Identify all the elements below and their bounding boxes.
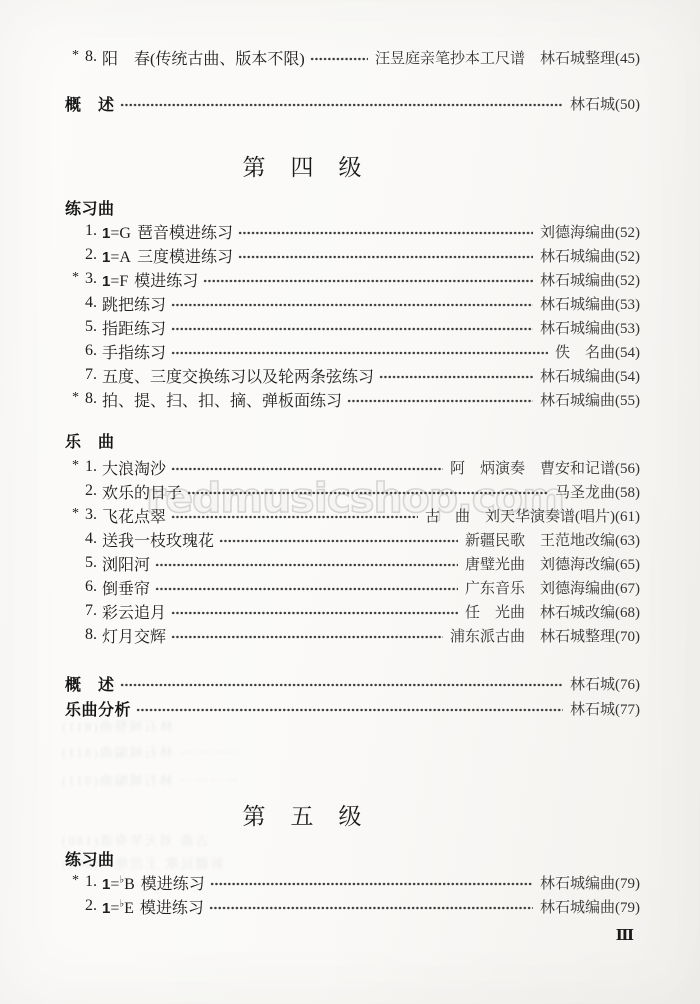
key-signature: 1=A bbox=[102, 249, 131, 266]
toc-entry: 6.手指练习佚 名曲(54) bbox=[65, 339, 640, 363]
toc-content: *8.阳 春(传统古曲、版本不限)汪昱庭亲笔抄本工尺谱 林石城整理(45) 概 … bbox=[0, 0, 700, 918]
dot-leader bbox=[219, 527, 458, 551]
dot-leader bbox=[238, 243, 533, 267]
star-marker: * bbox=[72, 48, 84, 64]
toc-entry: *3.1=F模进练习林石城编曲(52) bbox=[65, 267, 640, 291]
entry-number: 5. bbox=[85, 318, 97, 336]
dot-leader bbox=[155, 575, 458, 599]
entry-number: 5. bbox=[85, 554, 97, 572]
level4-piece-entries: *1.大浪淘沙阿 炳演奏 曹安和记谱(56)2.欢乐的日子马圣龙曲(58)*3.… bbox=[65, 455, 640, 647]
etudes-section-row-level5: 练习曲 bbox=[65, 846, 640, 870]
dot-leader bbox=[209, 894, 533, 918]
toc-entry: 2.欢乐的日子马圣龙曲(58) bbox=[65, 479, 640, 503]
dot-leader bbox=[120, 91, 563, 115]
top-entries: *8.阳 春(传统古曲、版本不限)汪昱庭亲笔抄本工尺谱 林石城整理(45) bbox=[65, 45, 640, 69]
entry-title: 飞花点翠 bbox=[102, 504, 166, 527]
overview-row-level3: 概 述 林石城(50) bbox=[65, 91, 640, 115]
overview-label: 概 述 bbox=[65, 92, 115, 115]
dot-leader bbox=[187, 479, 548, 503]
entry-number: 4. bbox=[85, 294, 97, 312]
toc-entry: *3.飞花点翠古 曲 刘天华演奏谱(唱片)(61) bbox=[65, 503, 640, 527]
entry-number: 4. bbox=[85, 530, 97, 548]
dot-leader bbox=[136, 696, 563, 720]
entry-title: 五度、三度交换练习以及轮两条弦练习 bbox=[102, 364, 374, 387]
dot-leader bbox=[347, 387, 533, 411]
etudes-section-row: 练习曲 bbox=[65, 195, 640, 219]
toc-entry: 6.倒垂帘广东音乐 刘德海编曲(67) bbox=[65, 575, 640, 599]
entry-attribution: 阿 炳演奏 曹安和记谱(56) bbox=[450, 457, 640, 478]
pieces-section-row: 乐 曲 bbox=[65, 428, 640, 452]
entry-attribution: 汪昱庭亲笔抄本工尺谱 林石城整理(45) bbox=[375, 47, 640, 68]
dot-leader bbox=[155, 551, 458, 575]
dot-leader bbox=[171, 599, 458, 623]
entry-number: 1. bbox=[85, 458, 97, 476]
entry-number: 6. bbox=[85, 578, 97, 596]
entry-title: 跳把练习 bbox=[102, 292, 166, 315]
toc-entry: *8.拍、提、扫、扣、摘、弹板面练习林石城编曲(55) bbox=[65, 387, 640, 411]
overview-attribution: 林石城(50) bbox=[570, 93, 640, 114]
toc-entry: 5.浏阳河唐璧光曲 刘德海改编(65) bbox=[65, 551, 640, 575]
entry-title: 手指练习 bbox=[102, 340, 166, 363]
dot-leader bbox=[171, 315, 533, 339]
dot-leader bbox=[171, 455, 443, 479]
entry-number: 2. bbox=[85, 482, 97, 500]
star-marker: * bbox=[72, 270, 84, 286]
key-signature: 1=♭B bbox=[102, 876, 135, 893]
level5-heading: 第 五 级 bbox=[15, 802, 590, 832]
toc-entry: 2.1=♭E模进练习林石城编曲(79) bbox=[65, 894, 640, 918]
entry-title: 指距练习 bbox=[102, 316, 166, 339]
toc-entry: *1.大浪淘沙阿 炳演奏 曹安和记谱(56) bbox=[65, 455, 640, 479]
dot-leader bbox=[171, 291, 533, 315]
toc-page: redmusicshop.com 林石城整曲(811)⋯⋯⋯⋯ 林石城编曲(81… bbox=[0, 0, 700, 1004]
analysis-label: 乐曲分析 bbox=[65, 697, 131, 720]
entry-number: 7. bbox=[85, 366, 97, 384]
entry-attribution: 马圣龙曲(58) bbox=[555, 481, 640, 502]
entry-title: 1=A三度模进练习 bbox=[102, 244, 233, 267]
entry-title: 拍、提、扫、扣、摘、弹板面练习 bbox=[102, 388, 342, 411]
entry-title: 倒垂帘 bbox=[102, 576, 150, 599]
analysis-attribution: 林石城(77) bbox=[570, 698, 640, 719]
dot-leader bbox=[310, 45, 368, 69]
entry-number: 8. bbox=[85, 626, 97, 644]
entry-title: 1=G琶音模进练习 bbox=[102, 220, 233, 243]
dot-leader bbox=[203, 267, 533, 291]
entry-attribution: 佚 名曲(54) bbox=[555, 341, 640, 362]
toc-entry: 7.五度、三度交换练习以及轮两条弦练习林石城编曲(54) bbox=[65, 363, 640, 387]
toc-entry: 8.灯月交辉浦东派古曲 林石城整理(70) bbox=[65, 623, 640, 647]
entry-attribution: 林石城编曲(79) bbox=[540, 896, 640, 917]
entry-number: 7. bbox=[85, 602, 97, 620]
etudes-label: 练习曲 bbox=[65, 196, 115, 219]
entry-title: 灯月交辉 bbox=[102, 624, 166, 647]
entry-title: 欢乐的日子 bbox=[102, 480, 182, 503]
entry-number: 1. bbox=[85, 873, 97, 891]
dot-leader bbox=[238, 219, 533, 243]
key-signature: 1=♭E bbox=[102, 900, 134, 917]
entry-number: 8. bbox=[85, 390, 97, 408]
star-marker: * bbox=[72, 390, 84, 406]
entry-attribution: 林石城编曲(52) bbox=[540, 269, 640, 290]
toc-entry: 2.1=A三度模进练习林石城编曲(52) bbox=[65, 243, 640, 267]
star-marker: * bbox=[72, 458, 84, 474]
entry-attribution: 林石城编曲(52) bbox=[540, 245, 640, 266]
overview-row-level4: 概 述 林石城(76) bbox=[65, 671, 640, 695]
toc-entry: 7.彩云追月任 光曲 林石城改编(68) bbox=[65, 599, 640, 623]
overview-attribution: 林石城(76) bbox=[570, 673, 640, 694]
entry-attribution: 林石城编曲(79) bbox=[540, 872, 640, 893]
entry-attribution: 林石城编曲(54) bbox=[540, 365, 640, 386]
entry-title: 1=♭B模进练习 bbox=[102, 871, 205, 894]
entry-number: 2. bbox=[85, 897, 97, 915]
entry-title: 阳 春(传统古曲、版本不限) bbox=[102, 46, 305, 69]
entry-attribution: 林石城编曲(53) bbox=[540, 293, 640, 314]
entry-number: 3. bbox=[85, 506, 97, 524]
entry-title: 彩云追月 bbox=[102, 600, 166, 623]
entry-attribution: 新疆民歌 王范地改编(63) bbox=[465, 529, 640, 550]
etudes-label: 练习曲 bbox=[65, 847, 115, 870]
entry-attribution: 广东音乐 刘德海编曲(67) bbox=[465, 577, 640, 598]
entry-attribution: 林石城编曲(53) bbox=[540, 317, 640, 338]
dot-leader bbox=[171, 503, 418, 527]
toc-entry: 1.1=G琶音模进练习刘德海编曲(52) bbox=[65, 219, 640, 243]
toc-entry: 5.指距练习林石城编曲(53) bbox=[65, 315, 640, 339]
toc-entry: 4.跳把练习林石城编曲(53) bbox=[65, 291, 640, 315]
analysis-row-level4: 乐曲分析 林石城(77) bbox=[65, 696, 640, 720]
toc-entry: *1.1=♭B模进练习林石城编曲(79) bbox=[65, 870, 640, 894]
entry-attribution: 刘德海编曲(52) bbox=[540, 221, 640, 242]
dot-leader bbox=[120, 671, 563, 695]
level4-etude-entries: 1.1=G琶音模进练习刘德海编曲(52)2.1=A三度模进练习林石城编曲(52)… bbox=[65, 219, 640, 411]
entry-attribution: 任 光曲 林石城改编(68) bbox=[465, 601, 640, 622]
entry-attribution: 林石城编曲(55) bbox=[540, 389, 640, 410]
toc-entry: 4.送我一枝玫瑰花新疆民歌 王范地改编(63) bbox=[65, 527, 640, 551]
toc-entry: *8.阳 春(传统古曲、版本不限)汪昱庭亲笔抄本工尺谱 林石城整理(45) bbox=[65, 45, 640, 69]
page-number: Ⅲ bbox=[616, 926, 634, 945]
entry-attribution: 古 曲 刘天华演奏谱(唱片)(61) bbox=[425, 505, 640, 526]
entry-title: 1=♭E模进练习 bbox=[102, 895, 204, 918]
level4-heading: 第 四 级 bbox=[15, 153, 590, 183]
overview-label: 概 述 bbox=[65, 672, 115, 695]
entry-number: 3. bbox=[85, 270, 97, 288]
entry-number: 1. bbox=[85, 222, 97, 240]
level5-etude-entries: *1.1=♭B模进练习林石城编曲(79)2.1=♭E模进练习林石城编曲(79) bbox=[65, 870, 640, 918]
key-signature: 1=G bbox=[102, 225, 131, 242]
entry-number: 6. bbox=[85, 342, 97, 360]
dot-leader bbox=[171, 623, 443, 647]
dot-leader bbox=[210, 870, 533, 894]
entry-number: 8. bbox=[85, 48, 97, 66]
entry-attribution: 浦东派古曲 林石城整理(70) bbox=[450, 625, 640, 646]
dot-leader bbox=[379, 363, 533, 387]
entry-title: 大浪淘沙 bbox=[102, 456, 166, 479]
pieces-label: 乐 曲 bbox=[65, 429, 115, 452]
key-signature: 1=F bbox=[102, 273, 128, 290]
entry-title: 送我一枝玫瑰花 bbox=[102, 528, 214, 551]
entry-number: 2. bbox=[85, 246, 97, 264]
dot-leader bbox=[171, 339, 548, 363]
entry-title: 1=F模进练习 bbox=[102, 268, 198, 291]
entry-title: 浏阳河 bbox=[102, 552, 150, 575]
star-marker: * bbox=[72, 506, 84, 522]
star-marker: * bbox=[72, 873, 84, 889]
entry-attribution: 唐璧光曲 刘德海改编(65) bbox=[465, 553, 640, 574]
